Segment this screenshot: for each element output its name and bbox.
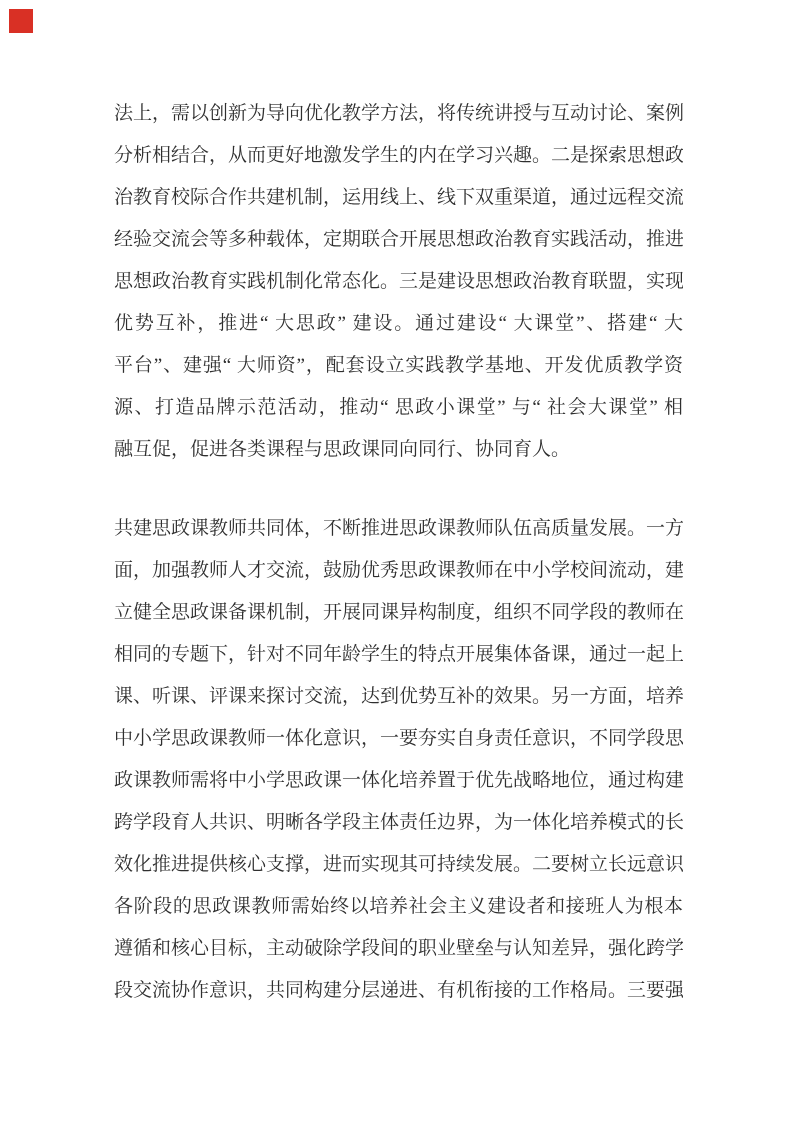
paragraph: 共建思政课教师共同体，不断推进思政课教师队伍高质量发展。一方面，加强教师人才交流… bbox=[114, 508, 683, 1012]
text-line: 法上，需以创新为导向优化教学方法，将传统讲授与互动讨论、案例 bbox=[114, 93, 683, 135]
document-page: { "page": { "background_color": "#ffffff… bbox=[0, 0, 793, 1122]
text-line: 跨学段育人共识、明晰各学段主体责任边界，为一体化培养模式的长 bbox=[114, 802, 683, 844]
text-line: 相同的专题下，针对不同年龄学生的特点开展集体备课，通过一起上 bbox=[114, 634, 683, 676]
text-line: 各阶段的思政课教师需始终以培养社会主义建设者和接班人为根本 bbox=[114, 886, 683, 928]
text-line: 分析相结合，从而更好地激发学生的内在学习兴趣。二是探索思想政 bbox=[114, 135, 683, 177]
text-line: 效化推进提供核心支撑，进而实现其可持续发展。二要树立长远意识， bbox=[114, 844, 683, 886]
document-text-area: 法上，需以创新为导向优化教学方法，将传统讲授与互动讨论、案例分析相结合，从而更好… bbox=[114, 93, 683, 1012]
paragraph: 法上，需以创新为导向优化教学方法，将传统讲授与互动讨论、案例分析相结合，从而更好… bbox=[114, 93, 683, 471]
text-line: 面，加强教师人才交流，鼓励优秀思政课教师在中小学校间流动，建 bbox=[114, 550, 683, 592]
text-line: 政课教师需将中小学思政课一体化培养置于优先战略地位，通过构建 bbox=[114, 760, 683, 802]
text-line: 源、打造品牌示范活动，推动“ 思政小课堂” 与“ 社会大课堂” 相 bbox=[114, 387, 683, 429]
text-line: 共建思政课教师共同体，不断推进思政课教师队伍高质量发展。一方 bbox=[114, 508, 683, 550]
text-line: 立健全思政课备课机制，开展同课异构制度，组织不同学段的教师在 bbox=[114, 592, 683, 634]
text-line: 融互促，促进各类课程与思政课同向同行、协同育人。 bbox=[114, 429, 683, 471]
text-line: 遵循和核心目标，主动破除学段间的职业壁垒与认知差异，强化跨学 bbox=[114, 928, 683, 970]
text-line: 段交流协作意识，共同构建分层递进、有机衔接的工作格局。三要强 bbox=[114, 970, 683, 1012]
text-line: 思想政治教育实践机制化常态化。三是建设思想政治教育联盟，实现 bbox=[114, 261, 683, 303]
text-line: 经验交流会等多种载体，定期联合开展思想政治教育实践活动，推进 bbox=[114, 219, 683, 261]
text-line: 平台”、建强“ 大师资”，配套设立实践教学基地、开发优质教学资 bbox=[114, 345, 683, 387]
text-line: 治教育校际合作共建机制，运用线上、线下双重渠道，通过远程交流、 bbox=[114, 177, 683, 219]
text-line: 课、听课、评课来探讨交流，达到优势互补的效果。另一方面，培养 bbox=[114, 676, 683, 718]
text-line: 优势互补，推进“ 大思政” 建设。通过建设“ 大课堂”、搭建“ 大 bbox=[114, 303, 683, 345]
red-square-marker bbox=[9, 9, 33, 33]
text-line: 中小学思政课教师一体化意识，一要夯实自身责任意识，不同学段思 bbox=[114, 718, 683, 760]
